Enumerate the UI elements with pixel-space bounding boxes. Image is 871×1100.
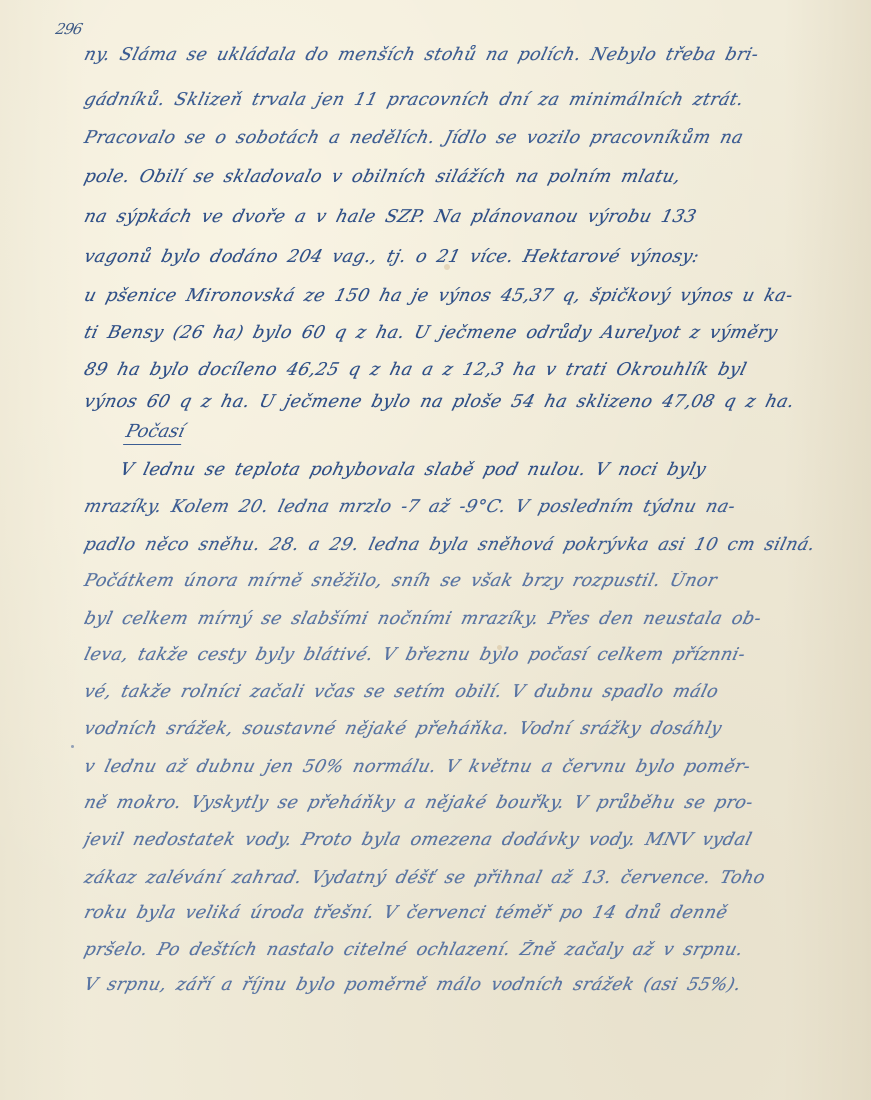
text-line: vodních srážek, soustavné nějaké přeháňk… xyxy=(82,719,817,739)
text-line: padlo něco sněhu. 28. a 29. ledna byla s… xyxy=(82,535,817,555)
text-line: V srpnu, září a říjnu bylo poměrně málo … xyxy=(82,975,817,995)
ink-dot xyxy=(71,745,74,748)
text-line: roku byla veliká úroda třešní. V červenc… xyxy=(82,903,817,923)
text-line: mrazíky. Kolem 20. ledna mrzlo -7 až -9°… xyxy=(82,497,817,517)
text-line: Počátkem února mírně sněžilo, sníh se vš… xyxy=(82,571,817,591)
text-line: V lednu se teplota pohybovala slabě pod … xyxy=(118,460,817,480)
manuscript-page: 296 ny. Sláma se ukládala do menších sto… xyxy=(0,0,871,1100)
text-line: zákaz zalévání zahrad. Vydatný déšť se p… xyxy=(82,868,817,888)
text-line: ti Bensy (26 ha) bylo 60 q z ha. U ječme… xyxy=(82,323,817,343)
text-line: Pracovalo se o sobotách a nedělích. Jídl… xyxy=(82,128,817,148)
page-number: 296 xyxy=(54,20,83,38)
section-heading: Počasí xyxy=(123,421,187,445)
text-line: leva, takže cesty byly blátivé. V březnu… xyxy=(82,645,817,665)
text-line: vagonů bylo dodáno 204 vag., tj. o 21 ví… xyxy=(82,247,817,267)
text-line: na sýpkách ve dvoře a v hale SZP. Na plá… xyxy=(82,207,817,227)
text-line: ny. Sláma se ukládala do menších stohů n… xyxy=(82,45,817,65)
text-line: jevil nedostatek vody. Proto byla omezen… xyxy=(82,830,817,850)
text-line: 89 ha bylo docíleno 46,25 q z ha a z 12,… xyxy=(82,360,817,380)
text-line: výnos 60 q z ha. U ječmene bylo na ploše… xyxy=(82,392,817,412)
text-line: byl celkem mírný se slabšími nočními mra… xyxy=(82,609,817,629)
text-line: v lednu až dubnu jen 50% normálu. V květ… xyxy=(82,757,817,777)
text-line: pole. Obilí se skladovalo v obilních sil… xyxy=(82,167,817,187)
text-line: ně mokro. Vyskytly se přeháňky a nějaké … xyxy=(82,793,817,813)
text-line: vé, takže rolníci začali včas se setím o… xyxy=(82,682,817,702)
text-line: u pšenice Mironovská ze 150 ha je výnos … xyxy=(82,286,817,306)
text-line: gádníků. Sklizeň trvala jen 11 pracovníc… xyxy=(82,90,817,110)
text-line: pršelo. Po deštích nastalo citelné ochla… xyxy=(82,940,817,960)
